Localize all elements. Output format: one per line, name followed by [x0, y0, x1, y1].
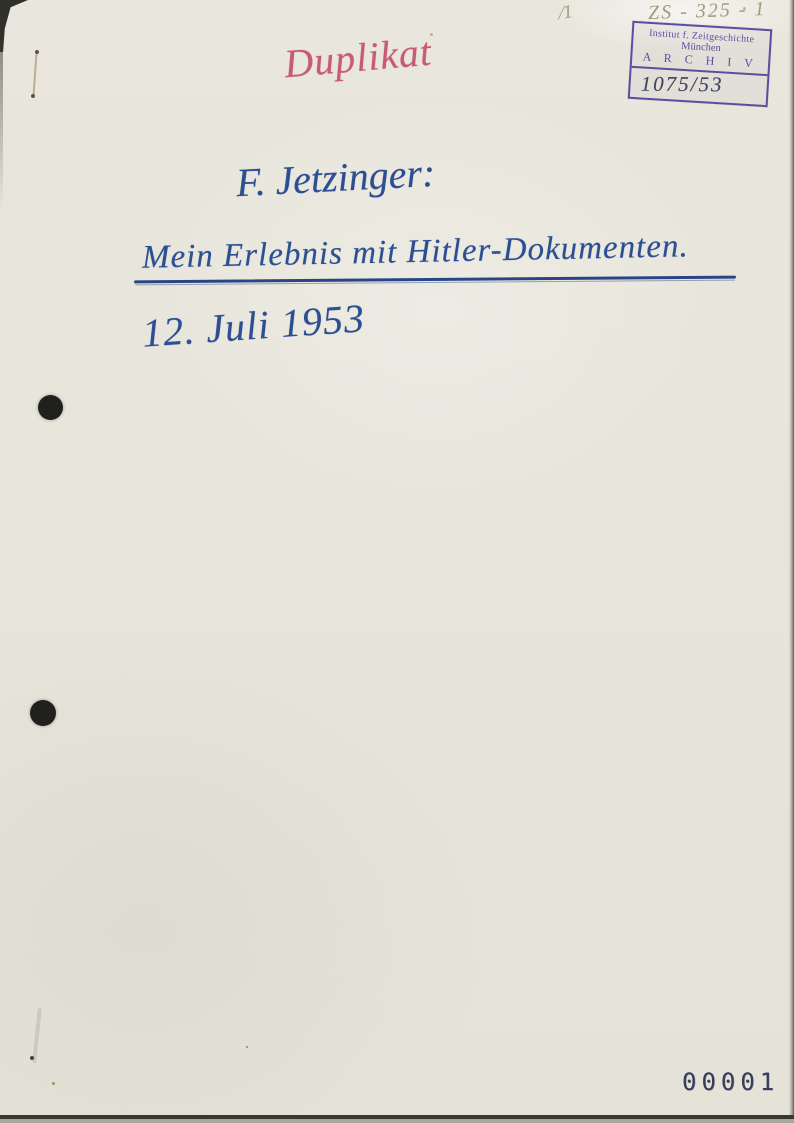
- paper-left-edge-shadow: [0, 40, 3, 210]
- paper-smudge: [32, 1008, 42, 1063]
- scan-corner-shadow: [0, 0, 28, 52]
- paper-speck: [743, 7, 746, 10]
- staple-hole-top: [35, 50, 39, 54]
- pencil-tick-mark: ∕1: [558, 1, 574, 25]
- title-line: Mein Erlebnis mit Hitler-Dokumenten.: [142, 228, 689, 276]
- punch-hole-top: [38, 395, 63, 420]
- staple-mark: [33, 53, 38, 96]
- paper-speck: [246, 1046, 248, 1048]
- duplicate-note: Duplikat: [282, 28, 434, 88]
- punch-hole-bottom: [30, 700, 56, 726]
- title-underline: [134, 276, 736, 284]
- scan-bottom-strip: [0, 1119, 794, 1123]
- folio-number-stamp: 00001: [682, 1068, 779, 1096]
- paper-speck: [52, 1082, 55, 1085]
- paper-right-edge-shadow: [789, 0, 794, 1123]
- date-line: 12. Juli 1953: [141, 294, 367, 356]
- archive-signature-pencil: ZS - 325 - 1: [648, 0, 767, 25]
- paper-speck: [430, 33, 433, 36]
- author-line: F. Jetzinger:: [235, 149, 436, 206]
- archive-stamp: Institut f. Zeitgeschichte München A R C…: [628, 21, 773, 107]
- stamp-accession-number: 1075/53: [641, 72, 724, 98]
- scanned-document-page: ∕1 ZS - 325 - 1 Institut f. Zeitgeschich…: [0, 0, 794, 1123]
- staple-hole-bottom: [31, 94, 35, 98]
